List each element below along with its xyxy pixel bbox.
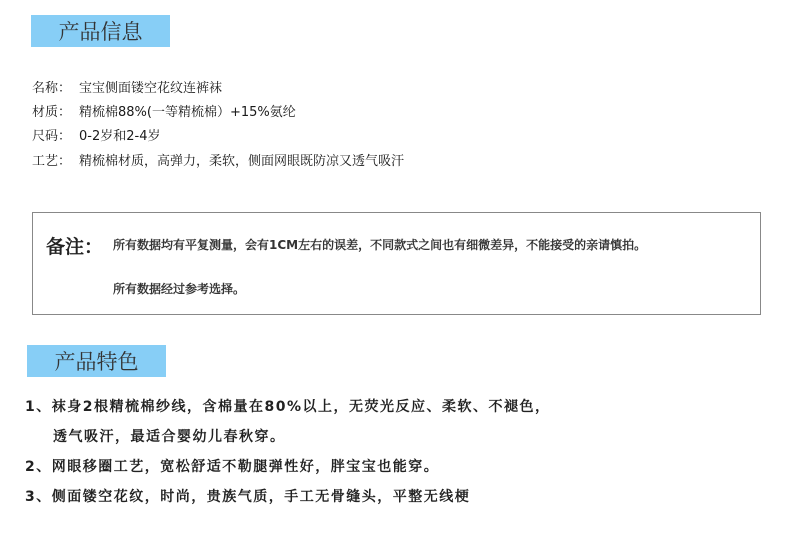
product-features-header: 产品特色: [27, 345, 166, 377]
info-label: 工艺：: [32, 152, 79, 172]
feature-item-continued: 透气吸汗，最适合婴幼儿春秋穿。: [53, 426, 286, 446]
note-line: 所有数据均有平复测量，会有1CM左右的误差，不同款式之间也有细微差异，不能接受的…: [113, 236, 646, 253]
info-value: 精梳棉材质，高弹力，柔软，侧面网眼既防凉又透气吸汗: [79, 154, 404, 169]
info-size-line: 尺码：0-2岁和2-4岁: [32, 127, 160, 147]
note-box: 备注： 所有数据均有平复测量，会有1CM左右的误差，不同款式之间也有细微差异，不…: [32, 212, 761, 315]
feature-item: 3、侧面镂空花纹，时尚，贵族气质，手工无骨缝头，平整无线梗: [25, 486, 470, 506]
info-value: 0-2岁和2-4岁: [79, 129, 160, 144]
info-label: 尺码：: [32, 127, 79, 147]
info-material-line: 材质：精梳棉88%(一等精梳棉）+15%氨纶: [32, 103, 296, 123]
feature-item: 2、网眼移圈工艺，宽松舒适不勒腿弹性好，胖宝宝也能穿。: [25, 456, 439, 476]
info-name-line: 名称：宝宝侧面镂空花纹连裤袜: [32, 79, 222, 99]
info-label: 名称：: [32, 79, 79, 99]
note-line: 所有数据经过参考选择。: [113, 280, 245, 297]
info-value: 宝宝侧面镂空花纹连裤袜: [79, 81, 222, 96]
info-label: 材质：: [32, 103, 79, 123]
feature-item: 1、袜身2根精梳棉纱线，含棉量在80%以上，无荧光反应、柔软、不褪色，: [25, 396, 551, 416]
note-label: 备注：: [46, 232, 103, 259]
product-info-header: 产品信息: [31, 15, 170, 47]
info-craft-line: 工艺：精梳棉材质，高弹力，柔软，侧面网眼既防凉又透气吸汗: [32, 152, 404, 172]
info-value: 精梳棉88%(一等精梳棉）+15%氨纶: [79, 105, 296, 120]
